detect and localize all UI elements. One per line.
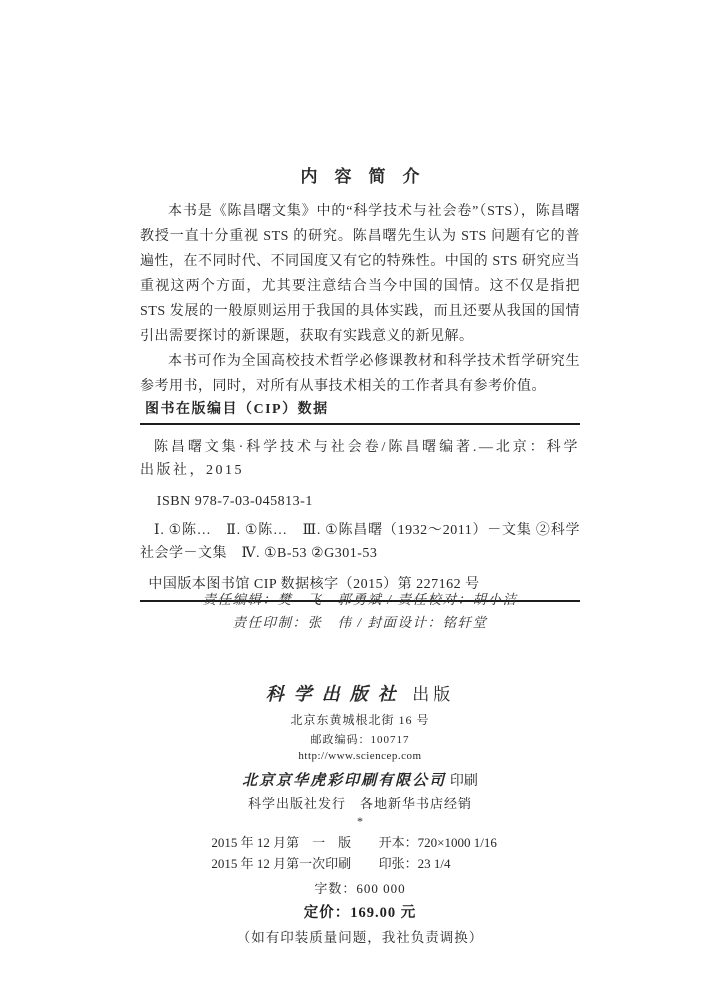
distribution-line: 科学出版社发行 各地新华书店经销 — [0, 793, 720, 812]
cip-section: 图书在版编目（CIP）数据 陈昌曙文集·科学技术与社会卷/陈昌曙编著.—北京：科… — [140, 398, 580, 602]
intro-section: 内 容 简 介 本书是《陈昌曙文集》中的“科学技术与社会卷”（STS），陈昌曙教… — [140, 162, 580, 399]
publisher-postcode: 邮政编码：100717 — [0, 731, 720, 747]
credits-editors: 责任编辑：樊 飞 郭勇斌 / 责任校对：胡小洁 — [0, 588, 720, 611]
edition-line-2: 2015 年 12 月第一次印刷 印张：23 1/4 — [0, 856, 720, 872]
publisher-url: http://www.sciencep.com — [0, 750, 720, 762]
credits-print-design: 责任印制：张 伟 / 封面设计：铭轩堂 — [0, 611, 720, 634]
isbn-number: ISBN 978-7-03-045813-1 — [140, 494, 580, 510]
price: 定价：169.00 元 — [0, 901, 720, 922]
quality-notice: （如有印装质量问题，我社负责调换） — [0, 926, 720, 946]
cip-entry: 陈昌曙文集·科学技术与社会卷/陈昌曙编著.—北京：科学出版社，2015 — [140, 436, 580, 482]
staff-credits: 责任编辑：樊 飞 郭勇斌 / 责任校对：胡小洁 责任印制：张 伟 / 封面设计：… — [0, 588, 720, 634]
publish-label: 出版 — [412, 685, 454, 704]
edition-line-1: 2015 年 12 月第 一 版 开本：720×1000 1/16 — [0, 835, 720, 851]
word-count: 字数：600 000 — [0, 878, 720, 897]
cip-heading: 图书在版编目（CIP）数据 — [140, 398, 580, 418]
intro-title: 内 容 简 介 — [140, 162, 580, 187]
printing-date: 2015 年 12 月第一次印刷 — [211, 856, 361, 872]
publisher-line: 科学出版社 出版 — [0, 682, 720, 707]
edition-date: 2015 年 12 月第 一 版 — [211, 835, 361, 851]
book-copyright-page: 内 容 简 介 本书是《陈昌曙文集》中的“科学技术与社会卷”（STS），陈昌曙教… — [0, 0, 720, 1000]
publisher-address: 北京东黄城根北街 16 号 — [0, 711, 720, 728]
colophon-section: 科学出版社 出版 北京东黄城根北街 16 号 邮政编码：100717 http:… — [0, 682, 720, 946]
printer-name: 北京京华虎彩印刷有限公司 — [242, 773, 446, 789]
printed-by-label: 印刷 — [450, 774, 478, 789]
printer-line: 北京京华虎彩印刷有限公司 印刷 — [0, 769, 720, 790]
intro-paragraph-2: 本书可作为全国高校技术哲学必修课教材和科学技术哲学研究生参考用书，同时，对所有从… — [140, 349, 580, 399]
intro-paragraph-1: 本书是《陈昌曙文集》中的“科学技术与社会卷”（STS），陈昌曙教授一直十分重视 … — [140, 199, 580, 349]
asterisk-separator: * — [0, 815, 720, 828]
divider-top — [140, 423, 580, 425]
sheets-spec: 印张：23 1/4 — [379, 856, 509, 872]
format-spec: 开本：720×1000 1/16 — [379, 835, 509, 851]
cip-classification: Ⅰ. ①陈… Ⅱ. ①陈… Ⅲ. ①陈昌曙（1932～2011）－文集 ②科学社… — [140, 519, 580, 565]
publisher-logo: 科学出版社 — [266, 684, 406, 704]
